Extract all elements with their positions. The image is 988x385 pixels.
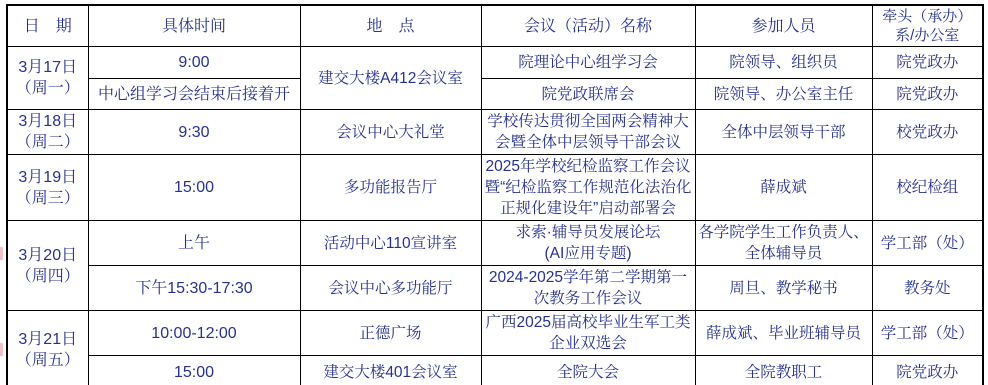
date-cell: 3月19日 （周三） <box>7 155 88 221</box>
meeting-cell: 2025年学校纪检监察工作会议 暨“纪检监察工作规范化法治化 正规化建设年”启动… <box>481 155 695 221</box>
table-row: 3月20日 （周四） 上午 活动中心110宣讲室 求索·辅导员发展论坛 (AI应… <box>7 221 983 266</box>
left-margin-mark <box>0 343 3 356</box>
place-cell: 建交大楼A412会议室 <box>300 47 481 110</box>
date-text: 3月20日 <box>18 247 77 264</box>
table-row: 下午15:30-17:30 会议中心多功能厅 2024-2025学年第二学期第一… <box>7 266 983 311</box>
weekday-text: （周三） <box>16 190 80 207</box>
date-cell: 3月18日 （周二） <box>7 110 88 155</box>
time-cell: 9:00 <box>88 47 300 79</box>
left-margin-mark <box>0 247 3 260</box>
meeting-cell: 求索·辅导员发展论坛 (AI应用专题) <box>481 221 695 266</box>
time-cell: 10:00-12:00 <box>88 311 300 356</box>
schedule-page: 日 期 具体时间 地 点 会议（活动）名称 参加人员 牵头（承办） 系/办公室 … <box>0 0 988 385</box>
meeting-cell: 广西2025届高校毕业生军工类 企业双选会 <box>481 311 695 356</box>
col-header-date: 日 期 <box>7 5 88 47</box>
time-cell: 下午15:30-17:30 <box>88 266 300 311</box>
weekday-text: （周一） <box>16 80 80 97</box>
date-cell: 3月17日 （周一） <box>7 47 88 110</box>
date-text: 3月18日 <box>18 113 77 130</box>
lead-dept-cell: 院党政办 <box>872 79 983 110</box>
participants-cell: 全体中层领导干部 <box>695 110 872 155</box>
place-cell: 会议中心多功能厅 <box>300 266 481 311</box>
lead-dept-cell: 校党政办 <box>872 110 983 155</box>
participants-cell: 周旦、教学秘书 <box>695 266 872 311</box>
date-cell: 3月20日 （周四） <box>7 221 88 311</box>
place-cell: 活动中心110宣讲室 <box>300 221 481 266</box>
table-row: 15:00 建交大楼401会议室 全院大会 全院教职工 院党政办 <box>7 356 983 385</box>
participants-cell: 全院教职工 <box>695 356 872 385</box>
meeting-cell: 院党政联席会 <box>481 79 695 110</box>
meeting-cell: 学校传达贯彻全国两会精神大 会暨全体中层领导干部会议 <box>481 110 695 155</box>
participants-cell: 薛成斌、毕业班辅导员 <box>695 311 872 356</box>
lead-dept-cell: 教务处 <box>872 266 983 311</box>
table-row: 中心组学习会结束后接着开 院党政联席会 院领导、办公室主任 院党政办 <box>7 79 983 110</box>
col-header-lead-dept: 牵头（承办） 系/办公室 <box>872 5 983 47</box>
participants-cell: 院领导、办公室主任 <box>695 79 872 110</box>
meeting-cell: 2024-2025学年第二学期第一 次教务工作会议 <box>481 266 695 311</box>
lead-dept-cell: 学工部（处） <box>872 221 983 266</box>
meeting-cell: 全院大会 <box>481 356 695 385</box>
time-cell: 上午 <box>88 221 300 266</box>
participants-cell: 院领导、组织员 <box>695 47 872 79</box>
weekday-text: （周四） <box>16 268 80 285</box>
lead-dept-cell: 院党政办 <box>872 47 983 79</box>
date-text: 3月21日 <box>18 331 77 348</box>
time-cell: 9:30 <box>88 110 300 155</box>
time-cell: 15:00 <box>88 356 300 385</box>
col-header-participants: 参加人员 <box>695 5 872 47</box>
place-cell: 会议中心大礼堂 <box>300 110 481 155</box>
participants-cell: 各学院学生工作负责人、 全体辅导员 <box>695 221 872 266</box>
place-cell: 多功能报告厅 <box>300 155 481 221</box>
col-header-place: 地 点 <box>300 5 481 47</box>
weekday-text: （周二） <box>16 134 80 151</box>
lead-dept-cell: 院党政办 <box>872 356 983 385</box>
col-header-meeting: 会议（活动）名称 <box>481 5 695 47</box>
col-header-time: 具体时间 <box>88 5 300 47</box>
table-row: 3月19日 （周三） 15:00 多功能报告厅 2025年学校纪检监察工作会议 … <box>7 155 983 221</box>
date-text: 3月17日 <box>18 59 77 76</box>
place-cell: 正德广场 <box>300 311 481 356</box>
date-text: 3月19日 <box>18 169 77 186</box>
table-row: 3月17日 （周一） 9:00 建交大楼A412会议室 院理论中心组学习会 院领… <box>7 47 983 79</box>
participants-cell: 薛成斌 <box>695 155 872 221</box>
date-cell: 3月21日 （周五） <box>7 311 88 385</box>
table-row: 3月18日 （周二） 9:30 会议中心大礼堂 学校传达贯彻全国两会精神大 会暨… <box>7 110 983 155</box>
lead-dept-cell: 学工部（处） <box>872 311 983 356</box>
time-cell: 15:00 <box>88 155 300 221</box>
weekly-schedule-table: 日 期 具体时间 地 点 会议（活动）名称 参加人员 牵头（承办） 系/办公室 … <box>6 4 984 385</box>
place-cell: 建交大楼401会议室 <box>300 356 481 385</box>
table-row: 3月21日 （周五） 10:00-12:00 正德广场 广西2025届高校毕业生… <box>7 311 983 356</box>
meeting-cell: 院理论中心组学习会 <box>481 47 695 79</box>
weekday-text: （周五） <box>16 352 80 369</box>
time-cell: 中心组学习会结束后接着开 <box>88 79 300 110</box>
header-row: 日 期 具体时间 地 点 会议（活动）名称 参加人员 牵头（承办） 系/办公室 <box>7 5 983 47</box>
lead-dept-cell: 校纪检组 <box>872 155 983 221</box>
